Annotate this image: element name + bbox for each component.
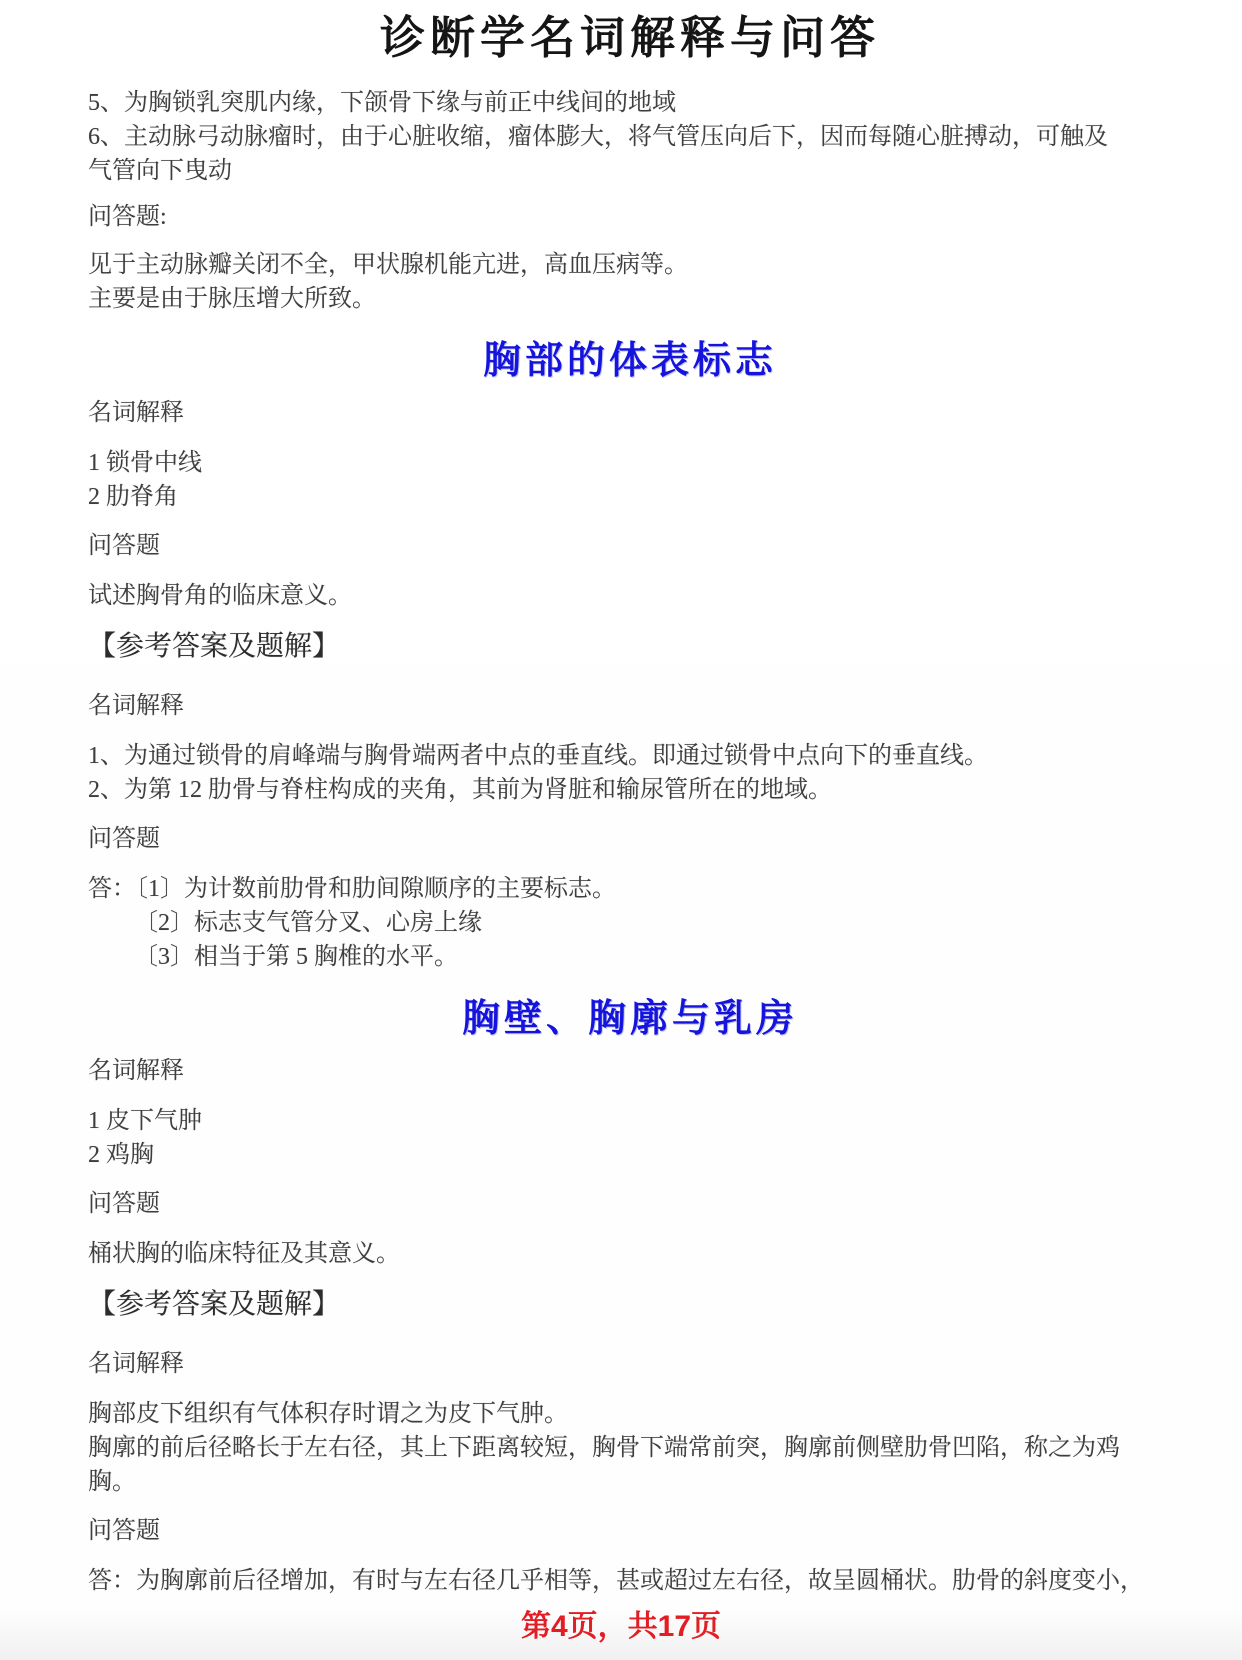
term-item: 2 肋脊角 bbox=[88, 480, 1172, 514]
section-heading-surface-marks: 胸部的体表标志 bbox=[88, 338, 1172, 384]
definition-item-5: 5、为胸锁乳突肌内缘，下颌骨下缘与前正中线间的地域 bbox=[88, 86, 1172, 120]
question-text: 试述胸骨角的临床意义。 bbox=[88, 579, 1172, 613]
term-item: 1 锁骨中线 bbox=[88, 446, 1172, 480]
answer-line: 见于主动脉瓣关闭不全，甲状腺机能亢进，高血压病等。 bbox=[88, 248, 1172, 282]
page-title: 诊断学名词解释与问答 bbox=[88, 10, 1172, 66]
terms-label: 名词解释 bbox=[88, 1347, 1172, 1381]
term-item: 1 皮下气肿 bbox=[88, 1104, 1172, 1138]
terms-list: 1 锁骨中线 2 肋脊角 bbox=[88, 446, 1172, 514]
qa-label: 问答题 bbox=[88, 822, 1172, 856]
answer-line: 主要是由于脉压增大所致。 bbox=[88, 282, 1172, 316]
question-text: 桶状胸的临床特征及其意义。 bbox=[88, 1237, 1172, 1271]
qa-label: 问答题: bbox=[88, 200, 1172, 234]
qa-label: 问答题 bbox=[88, 1187, 1172, 1221]
head-answers: 见于主动脉瓣关闭不全，甲状腺机能亢进，高血压病等。 主要是由于脉压增大所致。 bbox=[88, 248, 1172, 316]
definition-line: 1、为通过锁骨的肩峰端与胸骨端两者中点的垂直线。即通过锁骨中点向下的垂直线。 bbox=[88, 739, 1172, 773]
answer-list: 答：〔1〕为计数前肋骨和肋间隙顺序的主要标志。 〔2〕标志支气管分叉、心房上缘 … bbox=[88, 872, 1172, 974]
terms-label: 名词解释 bbox=[88, 396, 1172, 430]
terms-label: 名词解释 bbox=[88, 1054, 1172, 1088]
definition-line: 胸部皮下组织有气体积存时谓之为皮下气肿。 bbox=[88, 1397, 1172, 1431]
definition-item-6-line2: 气管向下曳动 bbox=[88, 154, 1172, 188]
answer-item: 〔3〕相当于第 5 胸椎的水平。 bbox=[88, 940, 1172, 974]
definition-line: 2、为第 12 肋骨与脊柱构成的夹角，其前为肾脏和输尿管所在的地域。 bbox=[88, 773, 1172, 807]
reference-answer-label: 【参考答案及题解】 bbox=[88, 1285, 1172, 1325]
terms-list: 1 皮下气肿 2 鸡胸 bbox=[88, 1104, 1172, 1172]
definition-line: 胸廓的前后径略长于左右径，其上下距离较短，胸骨下端常前突，胸廓前侧壁肋骨凹陷，称… bbox=[88, 1431, 1172, 1465]
term-item: 2 鸡胸 bbox=[88, 1138, 1172, 1172]
head-section: 5、为胸锁乳突肌内缘，下颌骨下缘与前正中线间的地域 6、主动脉弓动脉瘤时，由于心… bbox=[88, 86, 1172, 188]
answer-item: 答：〔1〕为计数前肋骨和肋间隙顺序的主要标志。 bbox=[88, 872, 1172, 906]
definition-line: 胸。 bbox=[88, 1465, 1172, 1499]
terms-label: 名词解释 bbox=[88, 689, 1172, 723]
page-number-footer: 第4页，共17页 bbox=[0, 1608, 1242, 1646]
answer-line: 答：为胸廓前后径增加，有时与左右径几乎相等，甚或超过左右径，故呈圆桶状。肋骨的斜… bbox=[88, 1564, 1172, 1598]
definition-item-6-line1: 6、主动脉弓动脉瘤时，由于心脏收缩，瘤体膨大，将气管压向后下，因而每随心脏搏动，… bbox=[88, 120, 1172, 154]
reference-answer-label: 【参考答案及题解】 bbox=[88, 627, 1172, 667]
qa-label: 问答题 bbox=[88, 1514, 1172, 1548]
answer-item: 〔2〕标志支气管分叉、心房上缘 bbox=[88, 906, 1172, 940]
definitions: 胸部皮下组织有气体积存时谓之为皮下气肿。 胸廓的前后径略长于左右径，其上下距离较… bbox=[88, 1397, 1172, 1499]
definitions: 1、为通过锁骨的肩峰端与胸骨端两者中点的垂直线。即通过锁骨中点向下的垂直线。 2… bbox=[88, 739, 1172, 807]
qa-label: 问答题 bbox=[88, 529, 1172, 563]
section-heading-chest-wall: 胸壁、胸廓与乳房 bbox=[88, 996, 1172, 1042]
document-page: 诊断学名词解释与问答 5、为胸锁乳突肌内缘，下颌骨下缘与前正中线间的地域 6、主… bbox=[0, 0, 1242, 1660]
